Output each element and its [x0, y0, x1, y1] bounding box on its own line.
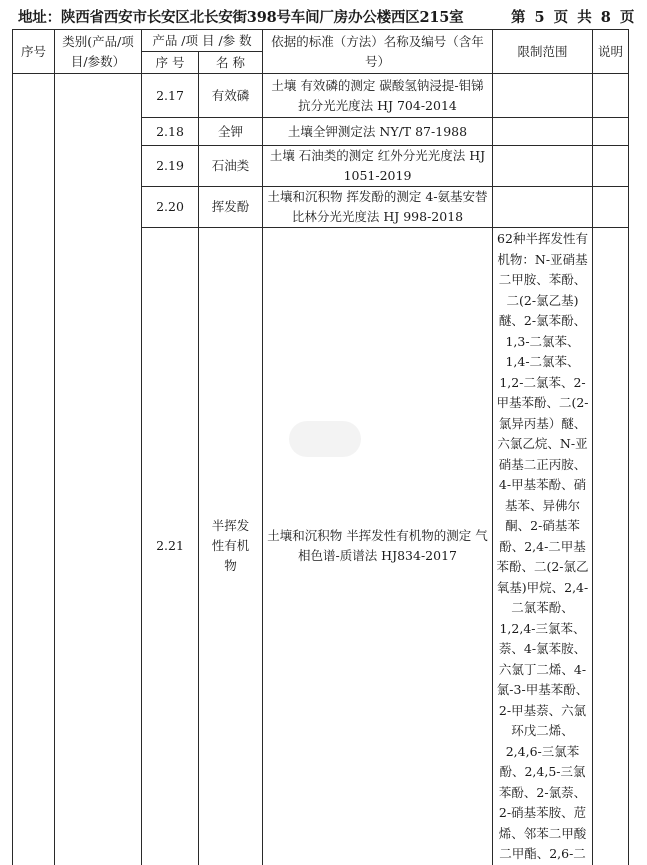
item-standard: 土壤全钾测定法 NY/T 87-1988: [263, 118, 493, 146]
item-name: 全钾: [199, 118, 263, 146]
item-standard: 土壤 有效磷的测定 碳酸氢钠浸提-钼锑抗分光光度法 HJ 704-2014: [263, 74, 493, 118]
item-seq: 2.19: [142, 146, 199, 187]
page-number: 第 5 页 共 8 页: [511, 6, 636, 27]
header-category: 类别(产品/项目/参数）: [55, 30, 142, 74]
item-standard: 土壤和沉积物 半挥发性有机物的测定 气相色谱-质谱法 HJ834-2017: [263, 228, 493, 865]
item-seq: 2.18: [142, 118, 199, 146]
header-standard: 依据的标准（方法）名称及编号（含年号）: [263, 30, 493, 74]
item-limit: [493, 118, 593, 146]
lab-address: 地址：陕西省西安市长安区北长安街398号车间厂房办公楼西区215室: [18, 6, 463, 27]
header-product-group: 产品 /项 目 /参 数: [142, 30, 263, 52]
header-sub-name: 名 称: [199, 52, 263, 74]
item-limit: [493, 146, 593, 187]
item-name: 有效磷: [199, 74, 263, 118]
header-note: 说明: [593, 30, 629, 74]
document-header: 地址：陕西省西安市长安区北长安街398号车间厂房办公楼西区215室 第 5 页 …: [18, 6, 638, 28]
header-seq: 序号: [13, 30, 55, 74]
item-note: [593, 228, 629, 865]
item-seq: 2.17: [142, 74, 199, 118]
item-seq: 2.20: [142, 187, 199, 228]
header-limit: 限制范围: [493, 30, 593, 74]
item-name: 挥发酚: [199, 187, 263, 228]
table-row: 2.17 有效磷 土壤 有效磷的测定 碳酸氢钠浸提-钼锑抗分光光度法 HJ 70…: [13, 74, 629, 118]
header-sub-seq: 序 号: [142, 52, 199, 74]
item-note: [593, 146, 629, 187]
item-note: [593, 187, 629, 228]
item-limit: [493, 74, 593, 118]
item-name: 半挥发性有机物: [199, 228, 263, 865]
item-seq: 2.21: [142, 228, 199, 865]
item-standard: 土壤 石油类的测定 红外分光光度法 HJ 1051-2019: [263, 146, 493, 187]
item-standard: 土壤和沉积物 挥发酚的测定 4-氨基安替比林分光光度法 HJ 998-2018: [263, 187, 493, 228]
seq-cell: [13, 74, 55, 865]
header-row-1: 序号 类别(产品/项目/参数） 产品 /项 目 /参 数 依据的标准（方法）名称…: [13, 30, 629, 52]
item-note: [593, 74, 629, 118]
item-name: 石油类: [199, 146, 263, 187]
category-cell: [55, 74, 142, 865]
item-limit: 62种半挥发性有机物：N-亚硝基二甲胺、苯酚、二(2-氯乙基)醚、2-氯苯酚、1…: [493, 228, 593, 865]
redaction-watermark: [289, 421, 361, 457]
item-limit: [493, 187, 593, 228]
item-note: [593, 118, 629, 146]
